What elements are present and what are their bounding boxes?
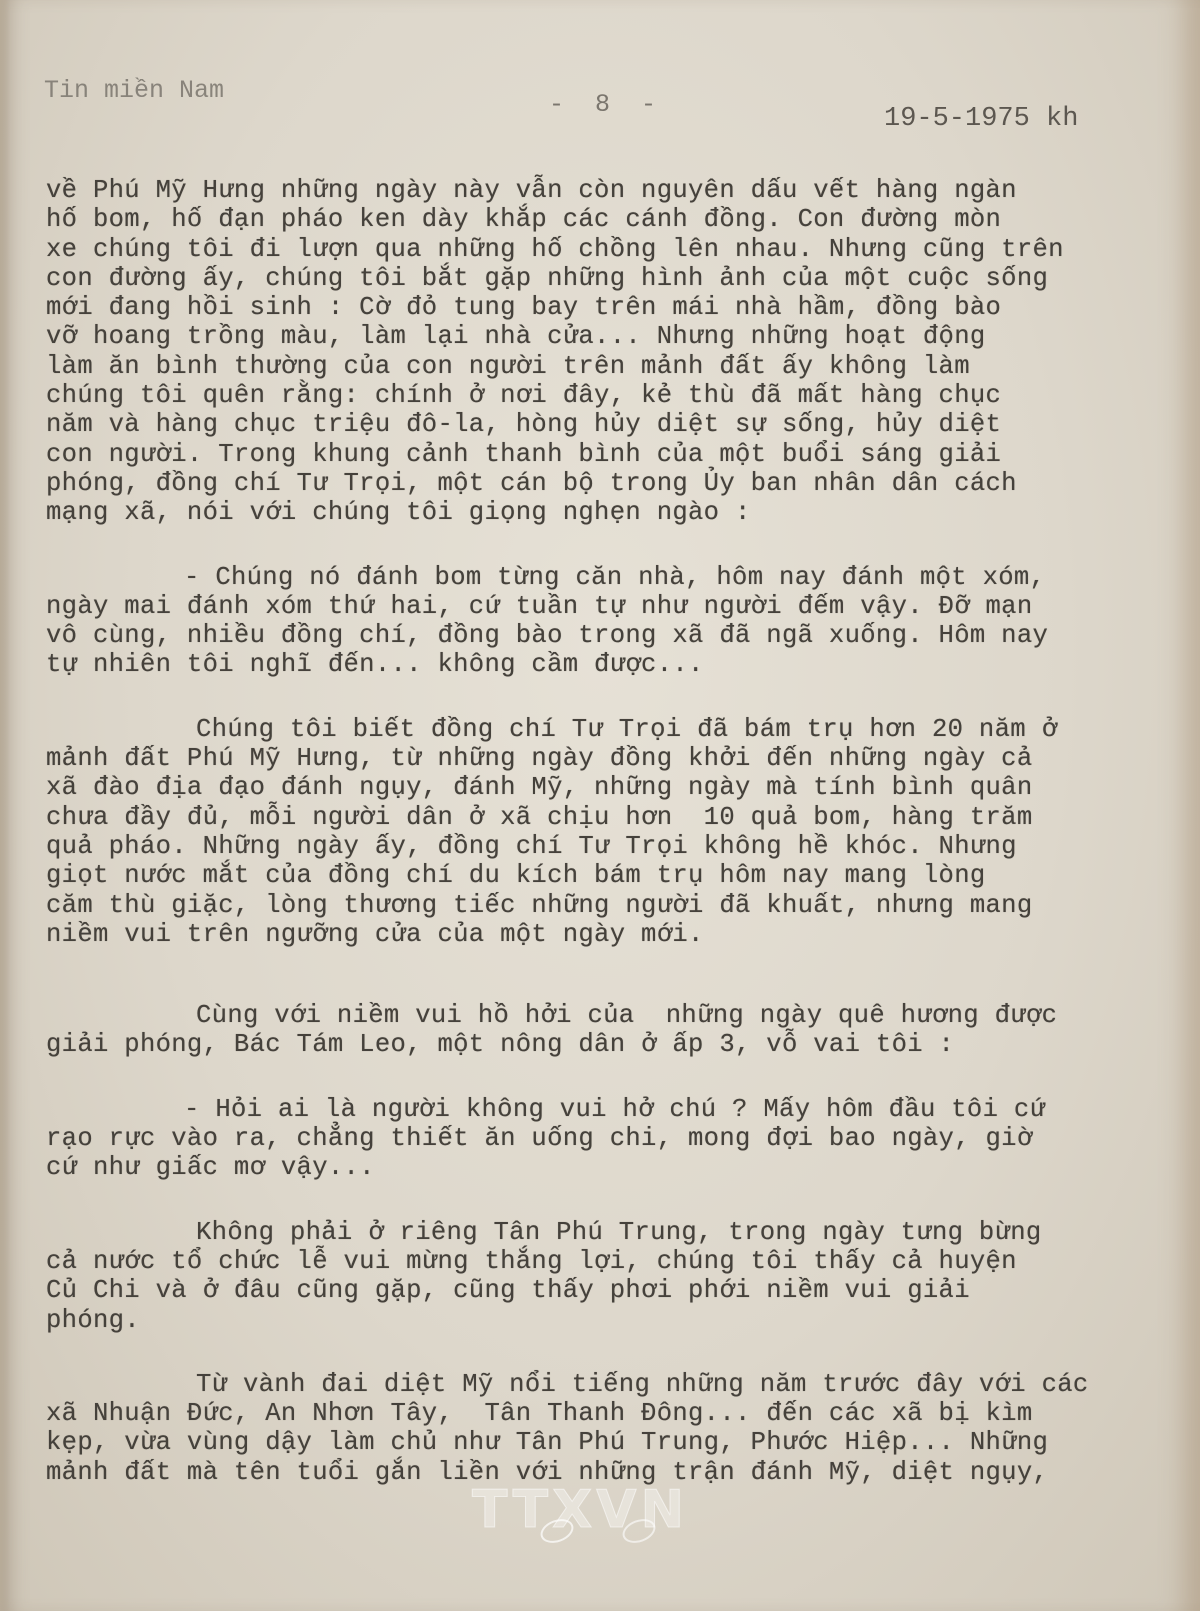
text-line: kẹp, vừa vùng dậy làm chủ như Tân Phú Tr… bbox=[46, 1428, 1156, 1457]
typewritten-page: Tin miền Nam - 8 - 19-5-1975 kh về Phú M… bbox=[0, 0, 1200, 1611]
paragraph: Từ vành đai diệt Mỹ nổi tiếng những năm … bbox=[46, 1370, 1156, 1487]
text-line: năm và hàng chục triệu đô-la, hòng hủy d… bbox=[46, 410, 1156, 439]
quote-paragraph: - Hỏi ai là người không vui hở chú ? Mấy… bbox=[46, 1095, 1156, 1183]
text-line: rạo rực vào ra, chẳng thiết ăn uống chi,… bbox=[46, 1124, 1156, 1153]
text-line: - Chúng nó đánh bom từng căn nhà, hôm na… bbox=[46, 563, 1156, 592]
paragraph: Cùng với niềm vui hồ hởi của những ngày … bbox=[46, 1001, 1156, 1060]
text-line: xã đào địa đạo đánh ngụy, đánh Mỹ, những… bbox=[46, 773, 1156, 802]
text-line: hố bom, hố đạn pháo ken dày khắp các cán… bbox=[46, 205, 1156, 234]
text-line: chúng tôi quên rằng: chính ở nơi đây, kẻ… bbox=[46, 381, 1156, 410]
text-line: về Phú Mỹ Hưng những ngày này vẫn còn ng… bbox=[46, 176, 1156, 205]
paragraph: về Phú Mỹ Hưng những ngày này vẫn còn ng… bbox=[46, 176, 1156, 528]
text-line: tự nhiên tôi nghĩ đến... không cầm được.… bbox=[46, 650, 1156, 679]
page-edge-shadow bbox=[0, 0, 10, 1611]
text-line: xe chúng tôi đi lượn qua những hố chồng … bbox=[46, 235, 1156, 264]
text-line: quả pháo. Những ngày ấy, đồng chí Tư Trọ… bbox=[46, 832, 1156, 861]
text-line: mạng xã, nói với chúng tôi giọng nghẹn n… bbox=[46, 498, 1156, 527]
text-line: Từ vành đai diệt Mỹ nổi tiếng những năm … bbox=[46, 1370, 1156, 1399]
text-line: phóng, đồng chí Tư Trọi, một cán bộ tron… bbox=[46, 469, 1156, 498]
text-line: - Hỏi ai là người không vui hở chú ? Mấy… bbox=[46, 1095, 1156, 1124]
text-line: Cùng với niềm vui hồ hởi của những ngày … bbox=[46, 1001, 1156, 1030]
text-line: chưa đầy đủ, mỗi người dân ở xã chịu hơn… bbox=[46, 803, 1156, 832]
text-line: làm ăn bình thường của con người trên mả… bbox=[46, 352, 1156, 381]
paragraph: Không phải ở riêng Tân Phú Trung, trong … bbox=[46, 1218, 1156, 1335]
text-line: vỡ hoang trồng màu, làm lại nhà cửa... N… bbox=[46, 322, 1156, 351]
text-line: giải phóng, Bác Tám Leo, một nông dân ở … bbox=[46, 1030, 1156, 1059]
paragraph: Chúng tôi biết đồng chí Tư Trọi đã bám t… bbox=[46, 715, 1156, 949]
page-number: - 8 - bbox=[549, 90, 664, 119]
text-line: con đường ấy, chúng tôi bắt gặp những hì… bbox=[46, 264, 1156, 293]
paragraph-gap bbox=[46, 1183, 1156, 1218]
text-line: mới đang hồi sinh : Cờ đỏ tung bay trên … bbox=[46, 293, 1156, 322]
document-body: về Phú Mỹ Hưng những ngày này vẫn còn ng… bbox=[46, 176, 1156, 1487]
paragraph-gap bbox=[46, 528, 1156, 563]
text-line: Không phải ở riêng Tân Phú Trung, trong … bbox=[46, 1218, 1156, 1247]
text-line: phóng. bbox=[46, 1306, 1156, 1335]
paragraph-gap bbox=[46, 1060, 1156, 1095]
paragraph-gap bbox=[46, 949, 1156, 1001]
text-line: xã Nhuận Đức, An Nhơn Tây, Tân Thanh Đôn… bbox=[46, 1399, 1156, 1428]
text-line: con người. Trong khung cảnh thanh bình c… bbox=[46, 440, 1156, 469]
text-line: mảnh đất Phú Mỹ Hưng, từ những ngày đồng… bbox=[46, 744, 1156, 773]
text-line: niềm vui trên ngưỡng cửa của một ngày mớ… bbox=[46, 920, 1156, 949]
page-header: Tin miền Nam - 8 - 19-5-1975 kh bbox=[44, 76, 1164, 116]
text-line: Củ Chi và ở đâu cũng gặp, cũng thấy phơi… bbox=[46, 1276, 1156, 1305]
document-date: 19-5-1975 kh bbox=[884, 104, 1078, 134]
text-line: vô cùng, nhiều đồng chí, đồng bào trong … bbox=[46, 621, 1156, 650]
text-line: Chúng tôi biết đồng chí Tư Trọi đã bám t… bbox=[46, 715, 1156, 744]
paragraph-gap bbox=[46, 1335, 1156, 1370]
paragraph-gap bbox=[46, 680, 1156, 715]
text-line: căm thù giặc, lòng thương tiếc những ngư… bbox=[46, 891, 1156, 920]
quote-paragraph: - Chúng nó đánh bom từng căn nhà, hôm na… bbox=[46, 563, 1156, 680]
publication-title: Tin miền Nam bbox=[44, 76, 224, 105]
watermark: TTXVN bbox=[472, 1480, 722, 1536]
text-line: giọt nước mắt của đồng chí du kích bám t… bbox=[46, 861, 1156, 890]
text-line: cứ như giấc mơ vậy... bbox=[46, 1153, 1156, 1182]
text-line: ngày mai đánh xóm thứ hai, cứ tuần tự nh… bbox=[46, 592, 1156, 621]
text-line: cả nước tổ chức lễ vui mừng thắng lợi, c… bbox=[46, 1247, 1156, 1276]
